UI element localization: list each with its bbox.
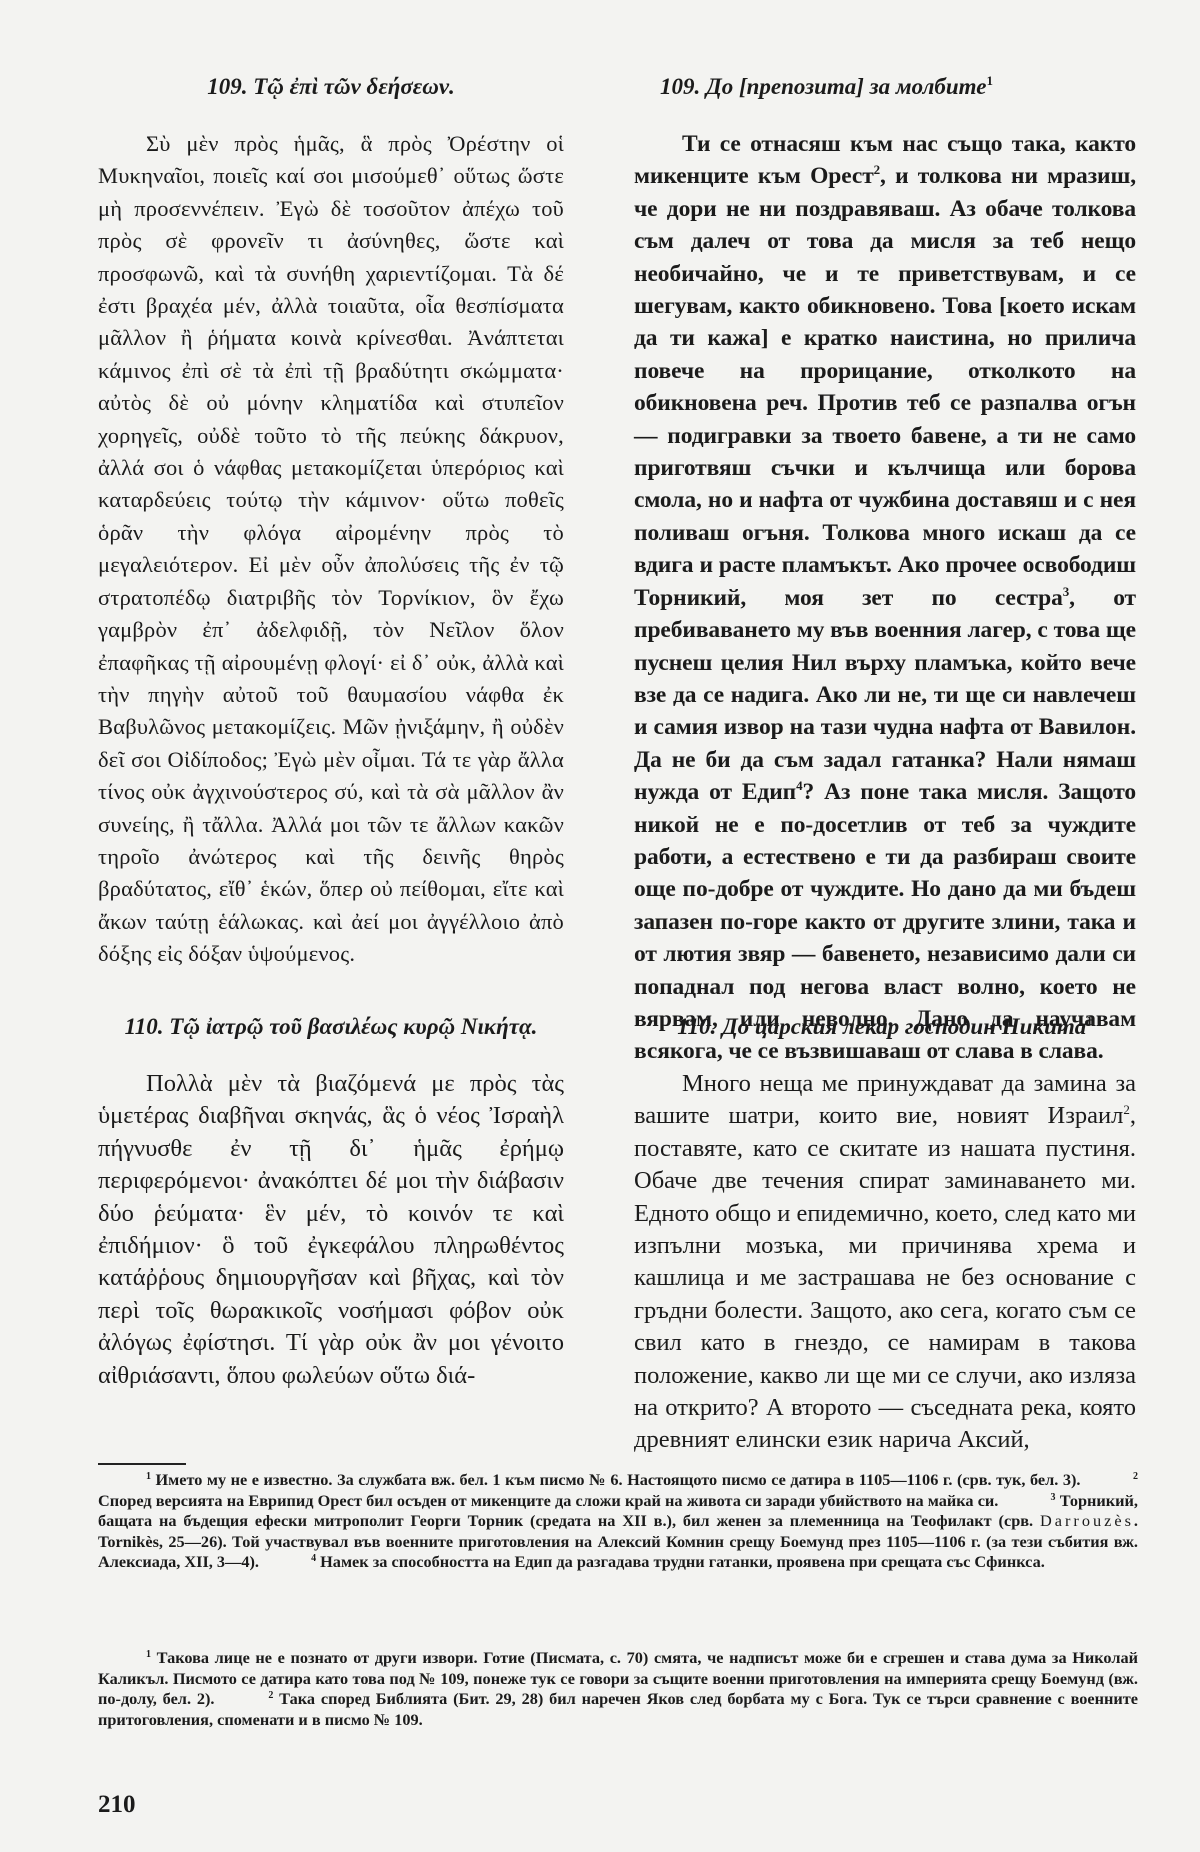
greek-column-letter-109: 109. Τῷ ἐπὶ τῶν δεήσεων. Σὺ μὲν πρὸς ἡμᾶ…	[98, 72, 564, 971]
greek-heading-109: 109. Τῷ ἐπὶ τῶν δεήσεων.	[98, 72, 564, 102]
footnotes-letter-109: 1 Името му не е известно. За службата вж…	[98, 1470, 1138, 1573]
footnote-ref: 1	[986, 73, 993, 88]
heading-text: 109. До [препозита] за молбите	[660, 74, 986, 99]
footnote-number: 4	[311, 1553, 316, 1564]
heading-text: 110. До царския лекар господин Никита	[677, 1014, 1086, 1039]
text-segment: , поставяте, като се скитате из нашата п…	[634, 1102, 1136, 1453]
text-segment: , и толкова ни мразиш, че дори не ни поз…	[634, 163, 1136, 610]
bulgarian-column-letter-109: 109. До [препозита] за молбите1 Ти се от…	[634, 72, 1136, 1068]
footnote-item: 2 Така според Библията (Бит. 29, 28) бил…	[98, 1689, 1138, 1729]
footnote-number: 3	[1051, 1492, 1056, 1503]
bulgarian-heading-109: 109. До [препозита] за молбите1	[634, 72, 1136, 102]
greek-heading-110: 110. Τῷ ἰατρῷ τοῦ βασιλέως κυρῷ Νικήτᾳ.	[98, 1012, 564, 1042]
footnotes-letter-110: 1 Такова лице не е познато от други изво…	[98, 1648, 1138, 1730]
bulgarian-heading-110: 110. До царския лекар господин Никита1	[634, 1012, 1136, 1042]
footnote-number: 1	[146, 1649, 151, 1660]
greek-text-110: Πολλὰ μὲν τὰ βιαζόμενά με πρὸς τὰς ὑμετέ…	[98, 1068, 564, 1392]
footnote-text: Името му не е известно. За службата вж. …	[156, 1470, 1081, 1489]
greek-column-letter-110: 110. Τῷ ἰατρῷ τοῦ βασιλέως κυρῷ Νικήτᾳ. …	[98, 1012, 564, 1392]
footnote-number: 2	[268, 1690, 273, 1701]
footnote-item: 4 Намек за способността на Едип да разга…	[311, 1552, 1045, 1571]
text-segment: , от пребиваването му във военния лагер,…	[634, 585, 1136, 805]
footnote-number: 1	[146, 1471, 151, 1482]
bulgarian-text-110: Много неща ме принуждават да замина за в…	[634, 1068, 1136, 1457]
cited-author: Darrouzès	[1040, 1511, 1134, 1530]
footnote-text: Според версията на Еврипид Орест бил осъ…	[98, 1491, 998, 1510]
text-segment: Много неща ме принуждават да замина за в…	[634, 1070, 1136, 1129]
bulgarian-column-letter-110: 110. До царския лекар господин Никита1 М…	[634, 1012, 1136, 1457]
page-number: 210	[98, 1791, 136, 1819]
book-page: 109. Τῷ ἐπὶ τῶν δεήσεων. Σὺ μὲν πρὸς ἡμᾶ…	[0, 0, 1200, 1852]
footnote-number: 2	[1133, 1471, 1138, 1482]
greek-text-109: Σὺ μὲν πρὸς ἡμᾶς, ἃ πρὸς Ὀρέστην οἱ Μυκη…	[98, 128, 564, 971]
footnote-text: Така според Библията (Бит. 29, 28) бил н…	[98, 1689, 1138, 1729]
footnote-text: Намек за способността на Едип да разгада…	[320, 1552, 1045, 1571]
footnote-item: 1 Името му не е известно. За службата вж…	[146, 1470, 1080, 1489]
footnote-divider	[98, 1463, 186, 1465]
footnote-ref: 1	[1086, 1013, 1093, 1028]
bulgarian-text-109: Ти се отнасяш към нас също така, както м…	[634, 128, 1136, 1068]
